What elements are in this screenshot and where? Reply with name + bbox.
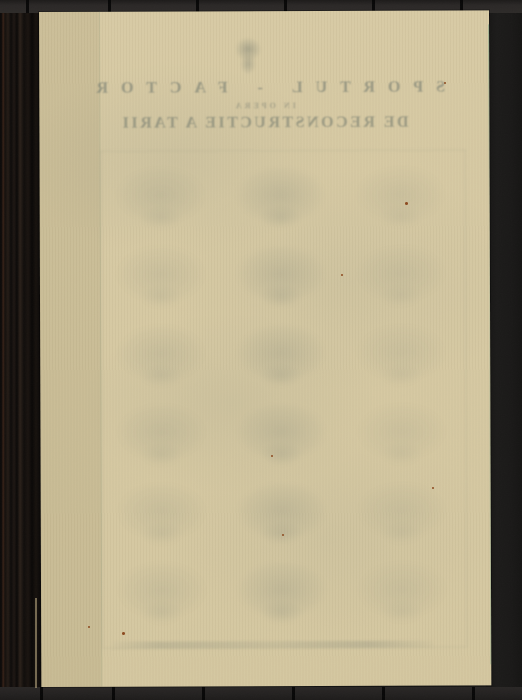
foxing-spot: [405, 202, 408, 205]
underlying-page-edge: [35, 598, 37, 688]
foxing-spot: [341, 274, 343, 276]
foxing-spot: [282, 534, 284, 536]
foxing-spot: [122, 632, 125, 635]
showthrough-mirrored-text: SPORTUL - FACTOR IN OPERA DE RECONSTRUCT…: [39, 10, 491, 687]
foxing-spot: [444, 82, 446, 84]
photo-scene: SPORTUL - FACTOR IN OPERA DE RECONSTRUCT…: [0, 0, 522, 700]
foxing-spot: [88, 626, 90, 628]
foxing-spot: [271, 455, 273, 457]
showthrough-title-line2: IN OPERA: [39, 100, 489, 111]
dark-background-bottom-band: [0, 687, 522, 700]
showthrough-title-line1: SPORTUL - FACTOR: [39, 78, 489, 98]
stamp-sheet-reverse: SPORTUL - FACTOR IN OPERA DE RECONSTRUCT…: [39, 10, 491, 687]
dark-background-right: [486, 0, 522, 700]
showthrough-title-line3: DE RECONSTRUCTIE A TARII: [39, 113, 489, 133]
dark-background-left-streaks: [0, 0, 42, 700]
foxing-spot: [432, 487, 434, 489]
